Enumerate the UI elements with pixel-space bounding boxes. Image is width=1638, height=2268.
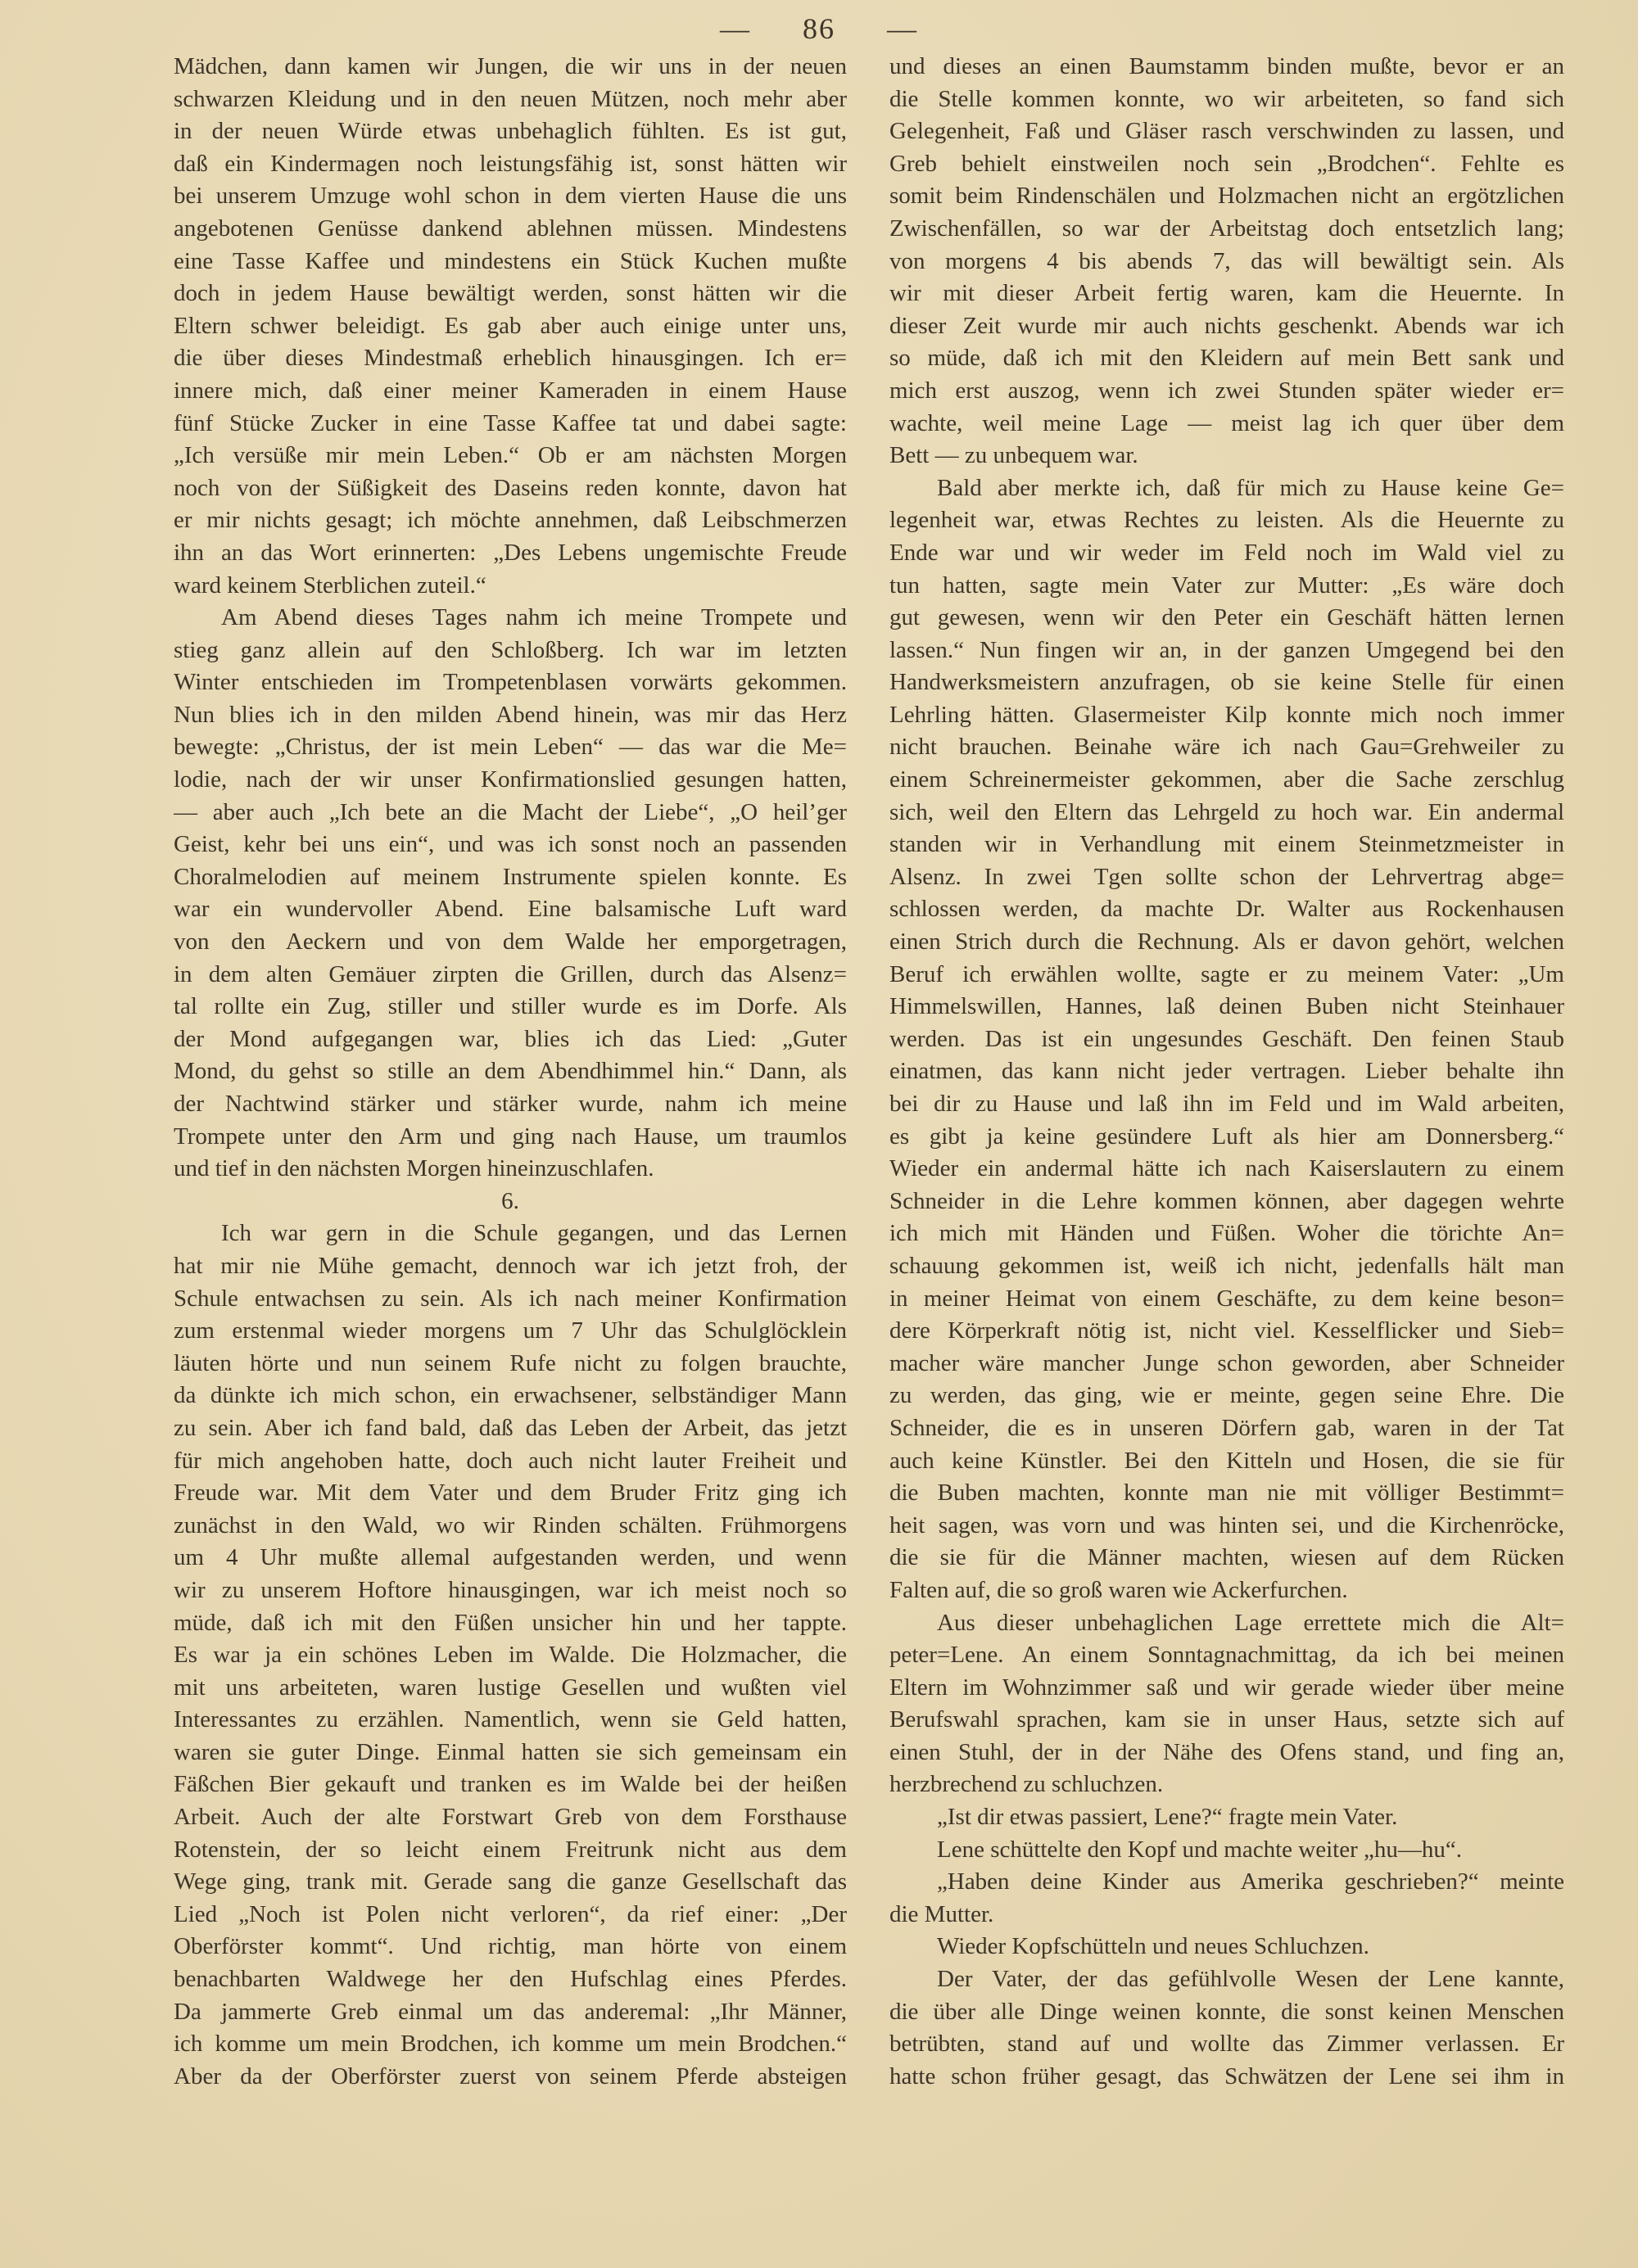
section-number: 6. xyxy=(174,1186,847,1218)
text-line: lodie, nach der wir unser Konfirmationsl… xyxy=(174,764,847,797)
text-line: mit uns arbeiteten, waren lustige Gesell… xyxy=(174,1672,847,1705)
text-line: innere mich, daß einer meiner Kameraden … xyxy=(174,375,847,408)
text-line: einatmen, das kann nicht jeder vertragen… xyxy=(889,1055,1564,1088)
text-line: Handwerksmeistern anzufragen, ob sie kei… xyxy=(889,666,1564,699)
text-line: „Haben deine Kinder aus Amerika geschrie… xyxy=(889,1866,1564,1899)
text-line: ward keinem Sterblichen zuteil.“ xyxy=(174,570,847,603)
text-line: die Stelle kommen konnte, wo wir arbeite… xyxy=(889,84,1564,116)
text-line: nicht brauchen. Beinahe wäre ich nach Ga… xyxy=(889,731,1564,764)
text-line: Lene schüttelte den Kopf und machte weit… xyxy=(889,1834,1564,1867)
text-line: schauung gekommen ist, weiß ich nicht, j… xyxy=(889,1250,1564,1283)
text-line: müde, daß ich mit den Füßen unsicher hin… xyxy=(174,1607,847,1640)
text-line: herzbrechend zu schluchzen. xyxy=(889,1769,1564,1801)
text-line: Mond, du gehst so stille an dem Abendhim… xyxy=(174,1055,847,1088)
text-line: einen Strich durch die Rechnung. Als er … xyxy=(889,926,1564,959)
text-line: Greb behielt einstweilen noch sein „Brod… xyxy=(889,148,1564,181)
text-line: Alsenz. In zwei Tgen sollte schon der Le… xyxy=(889,861,1564,894)
text-line: ich komme um mein Brodchen, ich komme um… xyxy=(174,2028,847,2061)
text-line: ihn an das Wort erinnerten: „Des Lebens … xyxy=(174,537,847,570)
text-line: Lehrling hätten. Glasermeister Kilp konn… xyxy=(889,699,1564,732)
text-line: läuten hörte und nun seinem Rufe nicht z… xyxy=(174,1348,847,1380)
text-line: sich, weil den Eltern das Lehrgeld zu ho… xyxy=(889,797,1564,829)
text-line: tal rollte ein Zug, stiller und stiller … xyxy=(174,991,847,1023)
text-line: angebotenen Genüsse dankend ablehnen müs… xyxy=(174,213,847,246)
text-line: ich mich mit Händen und Füßen. Woher die… xyxy=(889,1218,1564,1250)
text-line: tun hatten, sagte mein Vater zur Mutter:… xyxy=(889,570,1564,603)
text-line: macher wäre mancher Junge schon geworden… xyxy=(889,1348,1564,1380)
text-line: zunächst in den Wald, wo wir Rinden schä… xyxy=(174,1510,847,1543)
text-line: es gibt ja keine gesündere Luft als hier… xyxy=(889,1121,1564,1154)
text-line: Schule entwachsen zu sein. Als ich nach … xyxy=(174,1283,847,1316)
text-line: einen Stuhl, der in der Nähe des Ofens s… xyxy=(889,1737,1564,1769)
text-line: für mich angehoben hatte, doch auch nich… xyxy=(174,1445,847,1478)
text-line: peter=Lene. An einem Sonntagnachmittag, … xyxy=(889,1639,1564,1672)
text-line: in meiner Heimat von einem Geschäfte, zu… xyxy=(889,1283,1564,1316)
text-line: der Nachtwind stärker und stärker wurde,… xyxy=(174,1088,847,1121)
page-number-header: — 86 — xyxy=(0,11,1638,46)
header-dash-right: — xyxy=(887,11,918,46)
text-line: die sie für die Männer machten, wiesen a… xyxy=(889,1542,1564,1574)
text-line: dere Körperkraft nötig ist, nicht viel. … xyxy=(889,1315,1564,1348)
text-line: Schneider, die es in unseren Dörfern gab… xyxy=(889,1412,1564,1445)
text-line: die Mutter. xyxy=(889,1899,1564,1931)
text-line: Lied „Noch ist Polen nicht verloren“, da… xyxy=(174,1899,847,1931)
text-line: war ein wundervoller Abend. Eine balsami… xyxy=(174,893,847,926)
text-line: noch von der Süßigkeit des Daseins reden… xyxy=(174,472,847,505)
text-line: Himmelswillen, Hannes, laß deinen Buben … xyxy=(889,991,1564,1023)
text-line: schwarzen Kleidung und in den neuen Mütz… xyxy=(174,84,847,116)
text-line: Rotenstein, der so leicht einem Freitrun… xyxy=(174,1834,847,1867)
text-line: hat mir nie Mühe gemacht, dennoch war ic… xyxy=(174,1250,847,1283)
text-line: mich erst auszog, wenn ich zwei Stunden … xyxy=(889,375,1564,408)
text-line: Beruf ich erwählen wollte, sagte er zu m… xyxy=(889,959,1564,992)
text-line: benachbarten Waldwege her den Hufschlag … xyxy=(174,1963,847,1996)
text-line: „Ist dir etwas passiert, Lene?“ fragte m… xyxy=(889,1801,1564,1834)
text-line: Da jammerte Greb einmal um das anderemal… xyxy=(174,1996,847,2029)
text-line: hatte schon früher gesagt, das Schwätzen… xyxy=(889,2061,1564,2094)
text-line: von morgens 4 bis abends 7, das will bew… xyxy=(889,246,1564,278)
text-line: bewegte: „Christus, der ist mein Leben“ … xyxy=(174,731,847,764)
text-line: Der Vater, der das gefühlvolle Wesen der… xyxy=(889,1963,1564,1996)
text-line: standen wir in Verhandlung mit einem Ste… xyxy=(889,829,1564,861)
text-line: werden. Das ist ein ungesundes Geschäft.… xyxy=(889,1023,1564,1056)
text-line: wir mit dieser Arbeit fertig waren, kam … xyxy=(889,278,1564,310)
text-line: Wieder Kopfschütteln und neues Schluchze… xyxy=(889,1931,1564,1963)
text-line: einem Schreinermeister gekommen, aber di… xyxy=(889,764,1564,797)
text-line: „Ich versüße mir mein Leben.“ Ob er am n… xyxy=(174,440,847,472)
text-line: legenheit war, etwas Rechtes zu leisten.… xyxy=(889,504,1564,537)
left-text-column: Mädchen, dann kamen wir Jungen, die wir … xyxy=(174,51,847,2093)
text-line: betrübten, stand auf und wollte das Zimm… xyxy=(889,2028,1564,2061)
text-line: Ende war und wir weder im Feld noch im W… xyxy=(889,537,1564,570)
text-line: Eltern im Wohnzimmer saß und wir gerade … xyxy=(889,1672,1564,1705)
text-line: bei unserem Umzuge wohl schon in dem vie… xyxy=(174,180,847,213)
text-line: zu sein. Aber ich fand bald, daß das Leb… xyxy=(174,1412,847,1445)
text-line: so müde, daß ich mit den Kleidern auf me… xyxy=(889,342,1564,375)
text-line: — aber auch „Ich bete an die Macht der L… xyxy=(174,797,847,829)
text-line: wir zu unserem Hoftore hinausgingen, war… xyxy=(174,1574,847,1607)
text-line: Nun blies ich in den milden Abend hinein… xyxy=(174,699,847,732)
text-line: Wieder ein andermal hätte ich nach Kaise… xyxy=(889,1153,1564,1186)
text-line: doch in jedem Hause bewältigt werden, so… xyxy=(174,278,847,310)
text-line: die Buben machten, konnte man nie mit vö… xyxy=(889,1477,1564,1510)
text-line: dieser Zeit wurde mir auch nichts gesche… xyxy=(889,310,1564,343)
text-line: stieg ganz allein auf den Schloßberg. Ic… xyxy=(174,635,847,667)
text-line: Berufswahl sprachen, kam sie in unser Ha… xyxy=(889,1704,1564,1737)
text-line: in der neuen Würde etwas unbehaglich füh… xyxy=(174,115,847,148)
text-line: Geist, kehr bei uns ein“, und was ich so… xyxy=(174,829,847,861)
right-text-column: und dieses an einen Baumstamm binden muß… xyxy=(889,51,1564,2093)
text-line: zu werden, das ging, wie er meinte, gege… xyxy=(889,1380,1564,1412)
text-line: und tief in den nächsten Morgen hineinzu… xyxy=(174,1153,847,1186)
text-line: wachte, weil meine Lage — meist lag ich … xyxy=(889,408,1564,440)
text-line: da dünkte ich mich schon, ein erwachsene… xyxy=(174,1380,847,1412)
text-line: auch keine Künstler. Bei den Kitteln und… xyxy=(889,1445,1564,1478)
text-line: Arbeit. Auch der alte Forstwart Greb von… xyxy=(174,1801,847,1834)
text-line: Schneider in die Lehre kommen können, ab… xyxy=(889,1186,1564,1218)
text-line: Freude war. Mit dem Vater und dem Bruder… xyxy=(174,1477,847,1510)
text-line: eine Tasse Kaffee und mindestens ein Stü… xyxy=(174,246,847,278)
text-line: somit beim Rindenschälen und Holzmachen … xyxy=(889,180,1564,213)
text-line: bei dir zu Hause und laß ihn im Feld und… xyxy=(889,1088,1564,1121)
text-line: Bett — zu unbequem war. xyxy=(889,440,1564,472)
text-line: der Mond aufgegangen war, blies ich das … xyxy=(174,1023,847,1056)
text-line: Bald aber merkte ich, daß für mich zu Ha… xyxy=(889,472,1564,505)
text-line: Mädchen, dann kamen wir Jungen, die wir … xyxy=(174,51,847,84)
text-line: daß ein Kindermagen noch leistungsfähig … xyxy=(174,148,847,181)
text-line: Zwischenfällen, so war der Arbeitstag do… xyxy=(889,213,1564,246)
text-line: Am Abend dieses Tages nahm ich meine Tro… xyxy=(174,602,847,635)
text-line: die über alle Dinge weinen konnte, die s… xyxy=(889,1996,1564,2029)
text-line: waren sie guter Dinge. Einmal hatten sie… xyxy=(174,1737,847,1769)
text-line: Gelegenheit, Faß und Gläser rasch versch… xyxy=(889,115,1564,148)
text-line: heit sagen, was vorn und was hinten sei,… xyxy=(889,1510,1564,1543)
text-line: Choralmelodien auf meinem Instrumente sp… xyxy=(174,861,847,894)
text-line: gut gewesen, wenn wir den Peter ein Gesc… xyxy=(889,602,1564,635)
text-line: die über dieses Mindestmaß erheblich hin… xyxy=(174,342,847,375)
text-line: um 4 Uhr mußte allemal aufgestanden werd… xyxy=(174,1542,847,1574)
text-line: Eltern schwer beleidigt. Es gab aber auc… xyxy=(174,310,847,343)
text-line: Oberförster kommt“. Und richtig, man hör… xyxy=(174,1931,847,1963)
text-line: Trompete unter den Arm und ging nach Hau… xyxy=(174,1121,847,1154)
page-number: 86 xyxy=(803,11,835,46)
text-line: und dieses an einen Baumstamm binden muß… xyxy=(889,51,1564,84)
text-line: Wege ging, trank mit. Gerade sang die ga… xyxy=(174,1866,847,1899)
text-line: Fäßchen Bier gekauft und tranken es im W… xyxy=(174,1769,847,1801)
text-line: lassen.“ Nun fingen wir an, in der ganze… xyxy=(889,635,1564,667)
text-line: von den Aeckern und von dem Walde her em… xyxy=(174,926,847,959)
text-line: Aber da der Oberförster zuerst von seine… xyxy=(174,2061,847,2094)
text-line: Aus dieser unbehaglichen Lage errettete … xyxy=(889,1607,1564,1640)
text-line: Es war ja ein schönes Leben im Walde. Di… xyxy=(174,1639,847,1672)
header-dash-left: — xyxy=(720,11,751,46)
text-line: Interessantes zu erzählen. Namentlich, w… xyxy=(174,1704,847,1737)
text-line: er mir nichts gesagt; ich möchte annehme… xyxy=(174,504,847,537)
text-line: Ich war gern in die Schule gegangen, und… xyxy=(174,1218,847,1250)
text-line: fünf Stücke Zucker in eine Tasse Kaffee … xyxy=(174,408,847,440)
text-line: in dem alten Gemäuer zirpten die Grillen… xyxy=(174,959,847,992)
text-line: zum erstenmal wieder morgens um 7 Uhr da… xyxy=(174,1315,847,1348)
text-line: schlossen werden, da machte Dr. Walter a… xyxy=(889,893,1564,926)
text-line: Falten auf, die so groß waren wie Ackerf… xyxy=(889,1574,1564,1607)
text-line: Winter entschieden im Trompetenblasen vo… xyxy=(174,666,847,699)
